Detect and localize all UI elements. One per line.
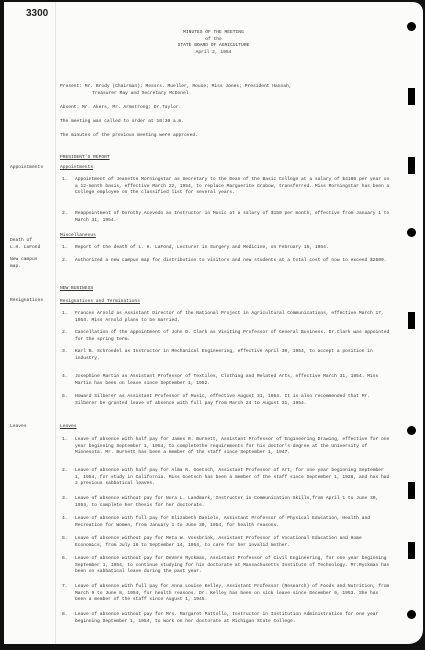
presidents-report-heading: PRESIDENT'S REPORT bbox=[60, 155, 110, 162]
list-item: 3.Karl B. Schroedel as Instructor in Mec… bbox=[62, 349, 392, 362]
present-line: Present: Mr. Brody (Chairman); Messrs. M… bbox=[60, 84, 292, 91]
document-page: 3300 MINUTES OF THE MEETING of the STATE… bbox=[4, 2, 423, 644]
margin-rule bbox=[55, 2, 56, 644]
list-item: 2.Cancellation of the appointment of Joh… bbox=[62, 330, 392, 343]
binder-hole-rect bbox=[408, 542, 415, 559]
resignations-heading: Resignations and Terminations bbox=[60, 299, 140, 306]
minutes-approved: The minutes of the previous meeting were… bbox=[60, 133, 198, 140]
document-title: MINUTES OF THE MEETING of the STATE BOAR… bbox=[4, 30, 423, 56]
binder-hole-rect bbox=[408, 157, 415, 174]
list-item: 2.Leave of absence with half pay for Alm… bbox=[62, 468, 392, 488]
list-item: 1.Appointment of Jeanette Morningstar as… bbox=[62, 177, 392, 197]
list-item: 1.Frances Arnold as Assistant Director o… bbox=[62, 311, 392, 324]
leaves-heading: Leaves bbox=[60, 424, 77, 431]
binder-hole-rect bbox=[408, 88, 415, 105]
binder-hole-rect bbox=[408, 312, 415, 329]
margin-leaves: Leaves bbox=[10, 424, 56, 431]
margin-campus-map: New campusmap. bbox=[10, 257, 56, 270]
binder-hole-round bbox=[407, 426, 416, 435]
list-item: 3.Leave of absence without pay for Nora … bbox=[62, 496, 392, 509]
miscellaneous-heading: Miscellaneous bbox=[60, 233, 96, 240]
absent-line: Absent: Mr. Akers, Mr. Armstrong; Dr.Tay… bbox=[60, 105, 181, 112]
list-item: 2.Authorized a new campus map for distri… bbox=[62, 258, 392, 265]
margin-appointments: Appointments bbox=[10, 165, 56, 172]
list-item: 6.Leave of absence without pay for DeVer… bbox=[62, 556, 392, 576]
binder-hole-round bbox=[407, 610, 416, 619]
list-item: 8.Leave of absence without pay for Mrs. … bbox=[62, 612, 392, 625]
list-item: 1.Leave of absence with half pay for Jam… bbox=[62, 437, 392, 457]
margin-death: Death ofL.H. LaFond bbox=[10, 238, 56, 251]
binder-hole-round bbox=[407, 228, 416, 237]
page-number: 3300 bbox=[26, 8, 48, 19]
list-item: 5.Leave of absence without pay for Meta … bbox=[62, 536, 392, 549]
called-to-order: The meeting was called to order at 10:30… bbox=[60, 119, 184, 126]
margin-resignations: Resignations bbox=[10, 298, 56, 305]
list-item: 4.Josephine Martin as Assistant Professo… bbox=[62, 374, 392, 387]
binder-hole-round bbox=[407, 22, 416, 31]
new-business-heading: NEW BUSINESS bbox=[60, 286, 93, 293]
binder-hole-rect bbox=[408, 482, 415, 499]
list-item: 2.Reappointment of Dorothy Acevedo as In… bbox=[62, 211, 392, 224]
list-item: 4.Leave of absence with full pay for Eli… bbox=[62, 516, 392, 529]
list-item: 5.Howard Silberer as Assistant Professor… bbox=[62, 394, 392, 407]
list-item: 1.Report of the death of L. H. LaFond, L… bbox=[62, 245, 392, 252]
present-line-2: Treasurer May and Secretary McDonel bbox=[92, 91, 189, 98]
appointments-heading: Appointments bbox=[60, 165, 93, 172]
list-item: 7.Leave of absence with full pay for Ann… bbox=[62, 584, 392, 604]
